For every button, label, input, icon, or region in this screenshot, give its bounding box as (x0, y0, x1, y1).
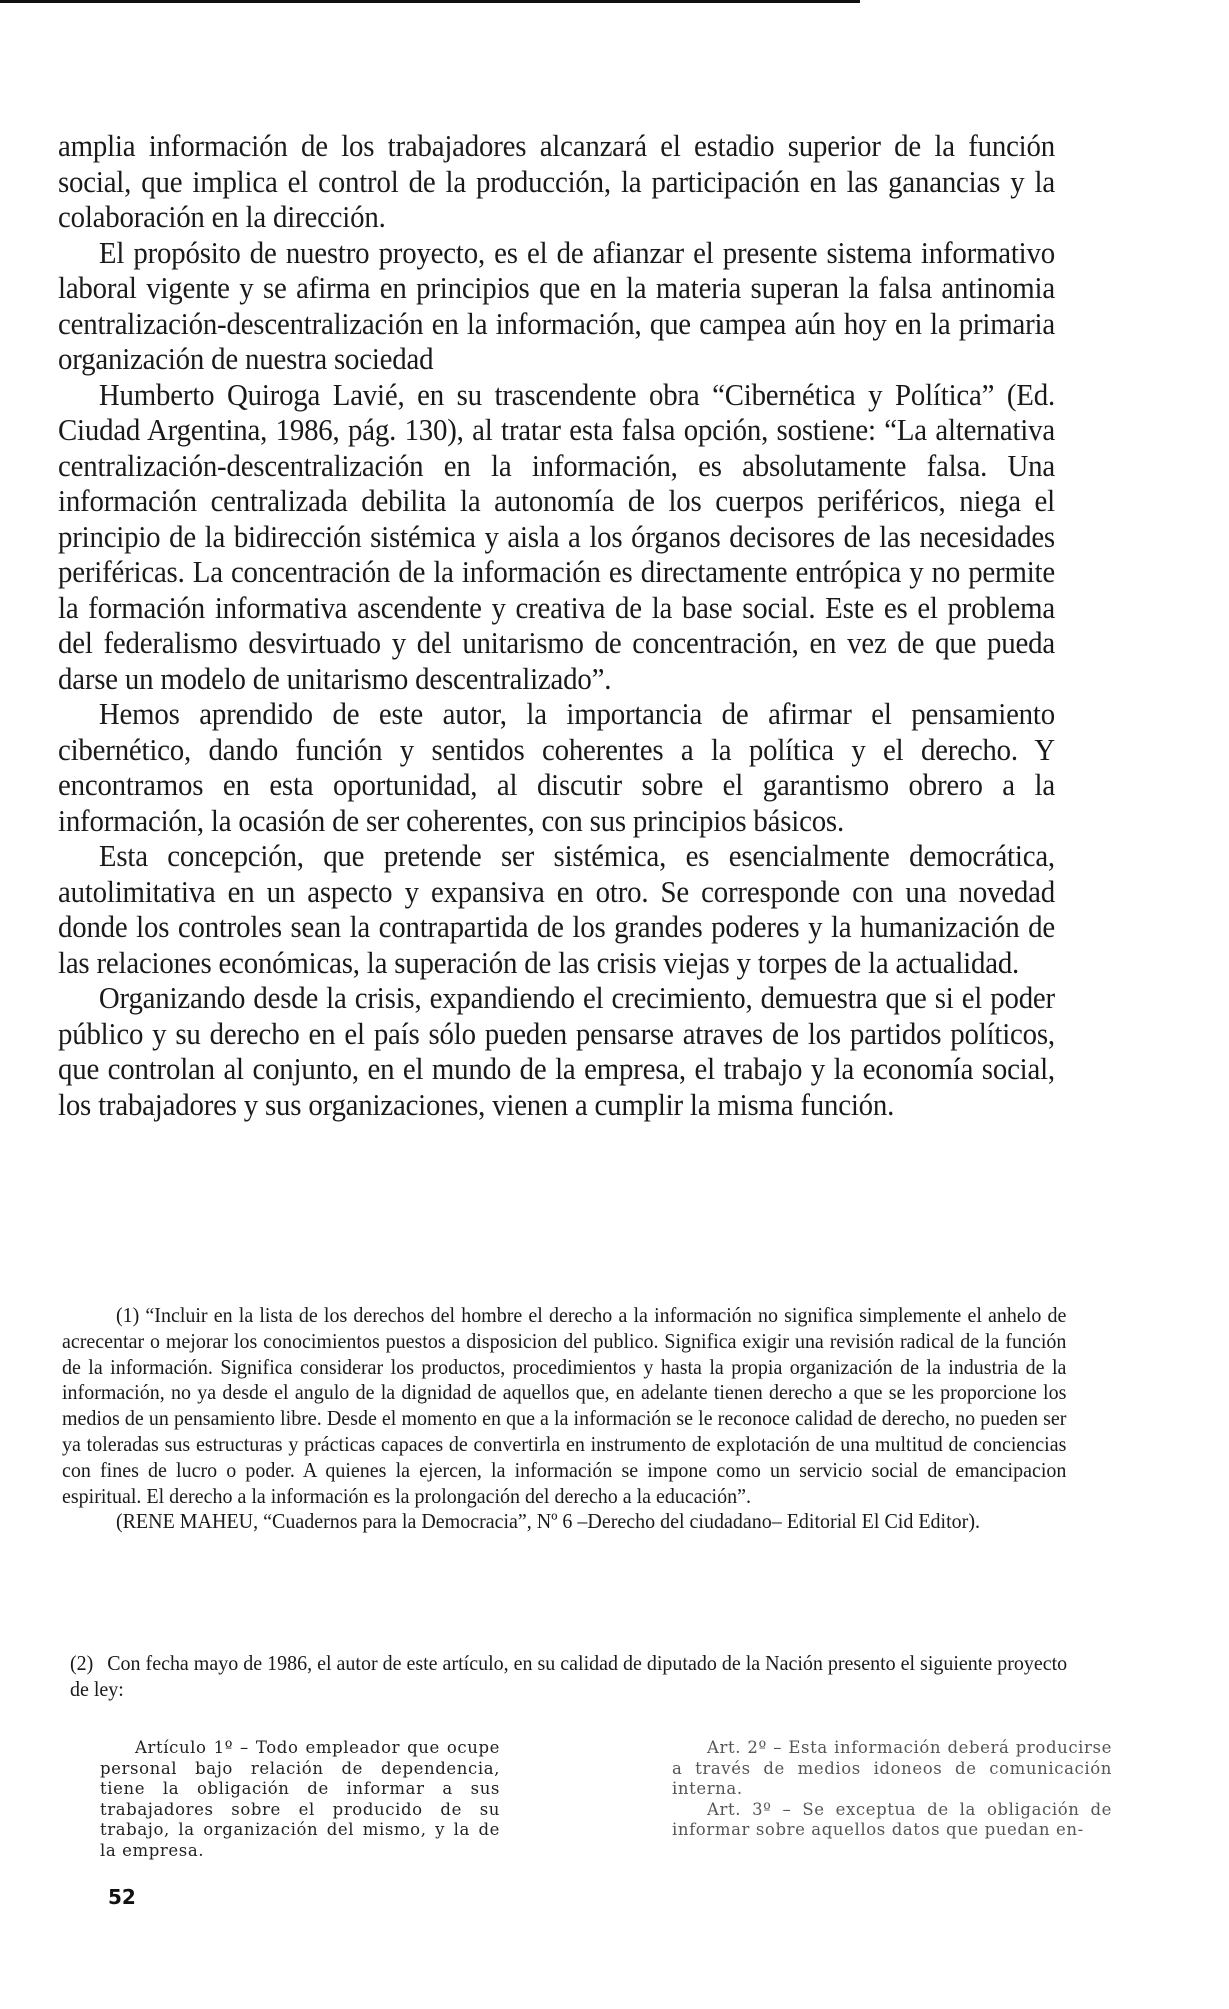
footnote-1-block: (1) “Incluir en la lista de los derechos… (62, 1303, 1066, 1535)
body-paragraph-5: Esta concepción, que pretende ser sistém… (58, 838, 1055, 980)
article-3-label: Art. 3º – (707, 1800, 791, 1819)
articles-right-column: Art. 2º – Esta información deberá produc… (672, 1738, 1112, 1841)
body-paragraph-2: El propósito de nuestro proyecto, es el … (58, 235, 1055, 377)
article-1-label: Artículo 1º – (135, 1738, 249, 1757)
article-2-label: Art. 2º – (707, 1738, 782, 1757)
footnote-2-text: Con fecha mayo de 1986, el autor de este… (70, 1651, 1067, 1701)
footnote-2-block: (2)Con fecha mayo de 1986, el autor de e… (70, 1650, 1074, 1702)
footnote-1-citation: (RENE MAHEU, “Cuadernos para la Democrac… (62, 1509, 1066, 1535)
body-paragraph-6: Organizando desde la crisis, expandiendo… (58, 980, 1055, 1122)
footnote-2-number: (2) (70, 1650, 107, 1676)
page-number: 52 (108, 1885, 136, 1909)
body-paragraph-4: Hemos aprendido de este autor, la import… (58, 696, 1055, 838)
body-paragraph-3: Humberto Quiroga Lavié, en su trascenden… (58, 377, 1055, 697)
article-2: Art. 2º – Esta información deberá produc… (672, 1738, 1112, 1800)
articles-left-column: Artículo 1º – Todo empleador que ocupe p… (100, 1738, 500, 1861)
article-3: Art. 3º – Se exceptua de la obligación d… (672, 1800, 1112, 1841)
body-paragraph-1: amplia información de los trabajadores a… (58, 128, 1055, 235)
top-scan-edge-rule (0, 0, 860, 3)
main-body-text: amplia información de los trabajadores a… (58, 128, 1055, 1122)
article-1: Artículo 1º – Todo empleador que ocupe p… (100, 1738, 500, 1861)
footnote-1-text: (1) “Incluir en la lista de los derechos… (62, 1303, 1066, 1509)
